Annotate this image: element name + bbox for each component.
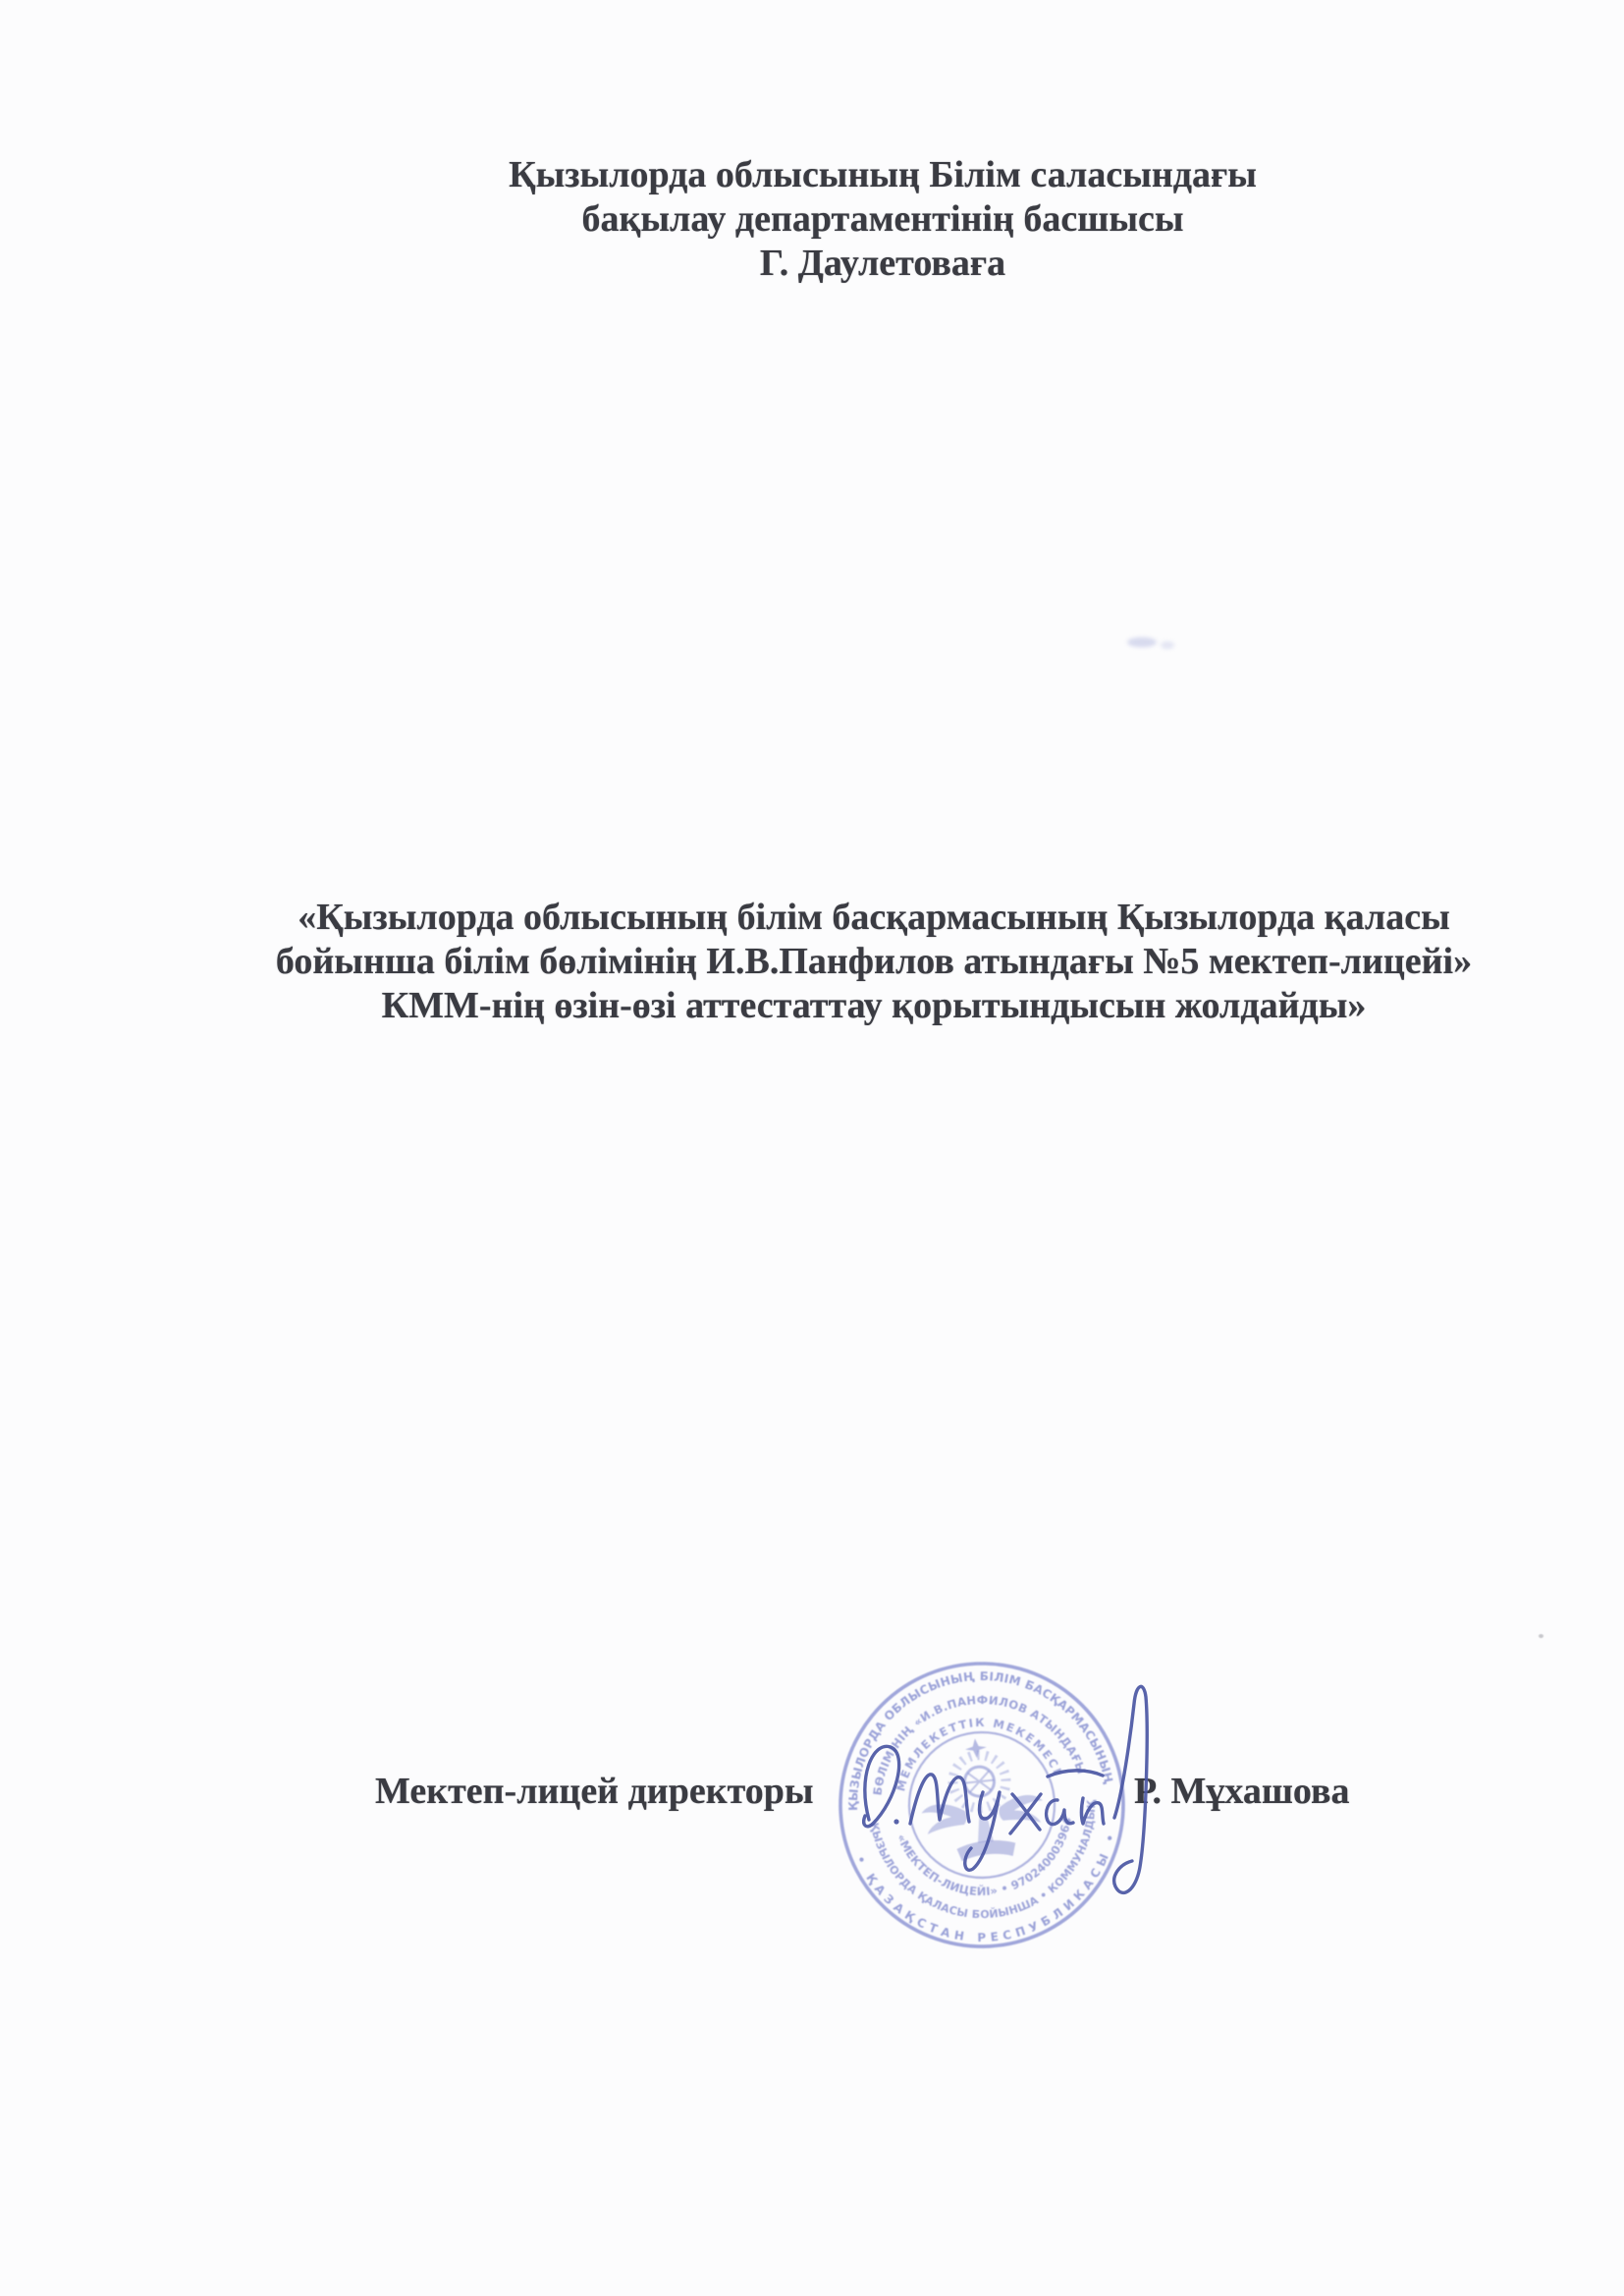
addressee-line-2: бақылау департаментінің басшысы — [392, 197, 1374, 242]
handwritten-signature — [839, 1660, 1173, 1915]
body-line-3: КММ-нің өзін-өзі аттестаттау қорытындысы… — [118, 984, 1624, 1028]
body-line-2: бойынша білім бөлімінің И.В.Панфилов аты… — [118, 940, 1624, 984]
signature-stroke — [1082, 1798, 1105, 1824]
scan-speck — [1539, 1634, 1543, 1638]
addressee-line-1: Қызылорда облысының Білім саласындағы — [392, 153, 1374, 197]
signature-stroke — [1048, 1771, 1103, 1777]
scanned-letter-page: Қызылорда облысының Білім саласындағы ба… — [0, 0, 1624, 2296]
body-line-1: «Қызылорда облысының білім басқармасының… — [118, 896, 1624, 940]
addressee-block: Қызылорда облысының Білім саласындағы ба… — [392, 153, 1374, 286]
director-title-label: Мектеп-лицей директоры — [375, 1770, 814, 1813]
signature-stroke — [864, 1746, 899, 1826]
signature-dot — [893, 1819, 898, 1824]
ink-smudge — [1161, 641, 1174, 649]
signature-stroke — [1114, 1686, 1147, 1892]
body-paragraph: «Қызылорда облысының білім басқармасының… — [118, 896, 1624, 1028]
addressee-line-3: Г. Даулетоваға — [392, 242, 1374, 286]
signature-stroke — [1047, 1800, 1073, 1825]
signature-stroke — [965, 1792, 1000, 1870]
ink-smudge — [1127, 637, 1157, 647]
signature-stroke — [1010, 1794, 1041, 1833]
signature-stroke — [910, 1775, 969, 1824]
